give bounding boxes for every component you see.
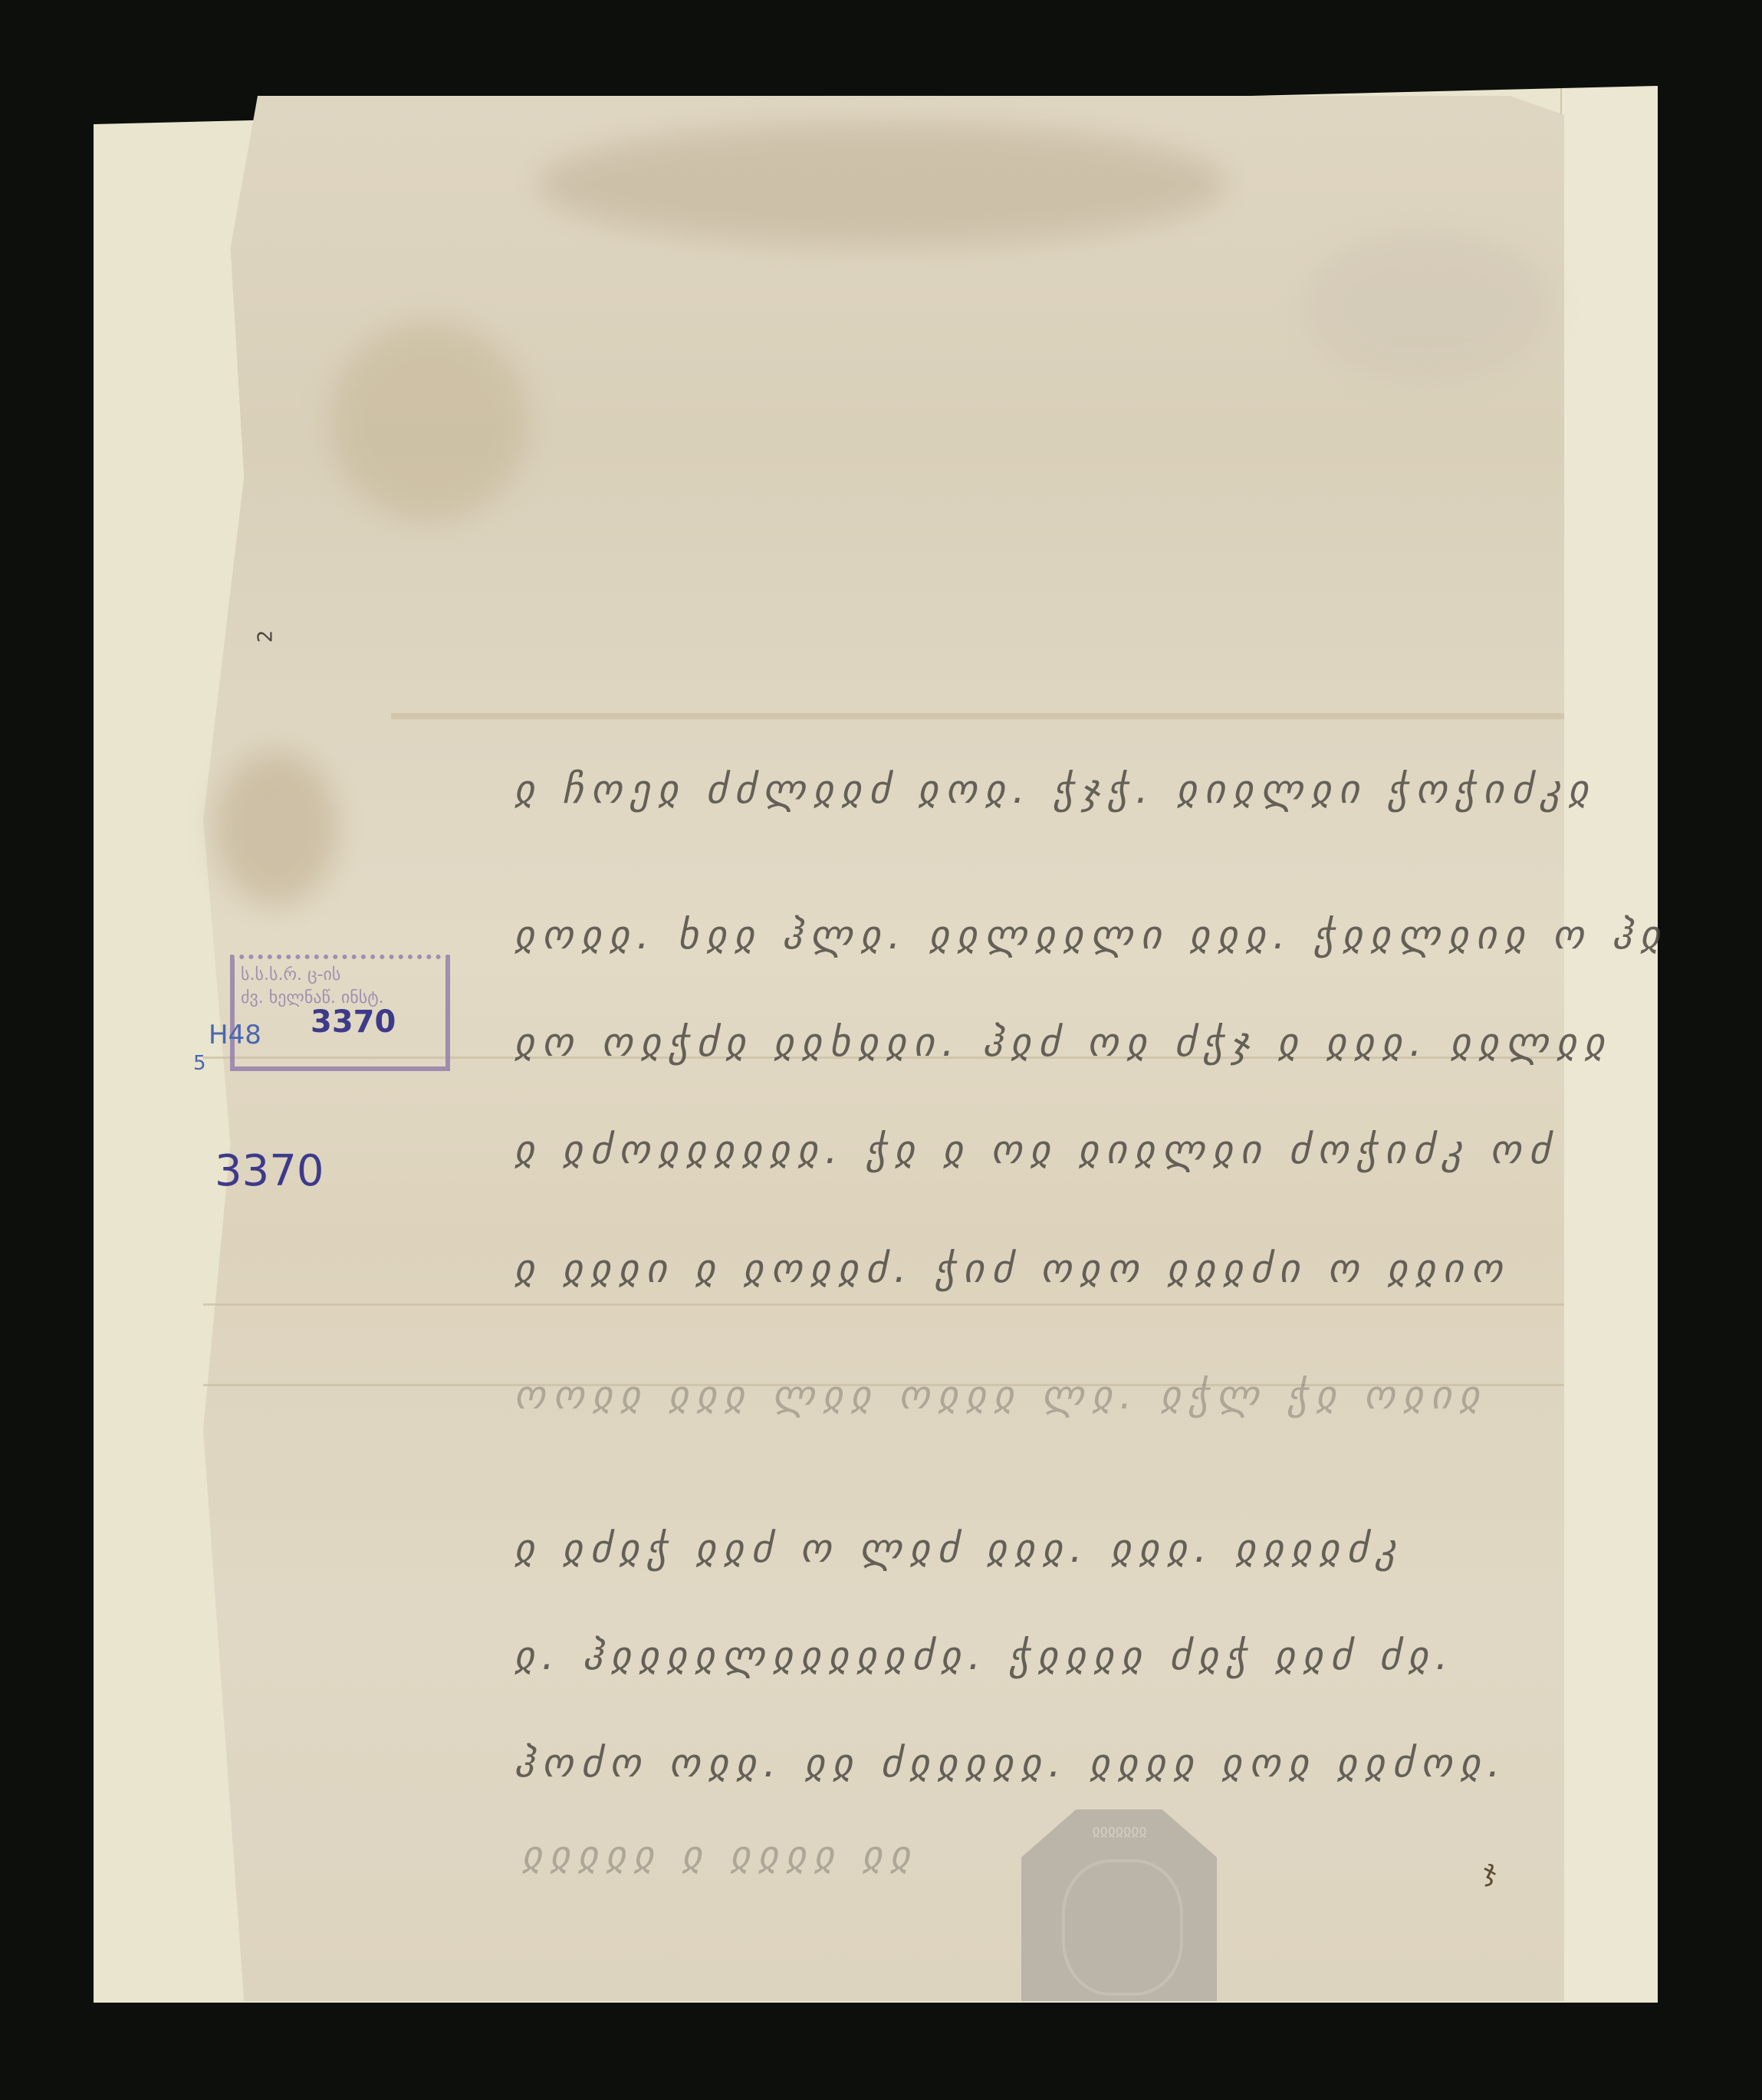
text-line: ჲოჲჲ. ხჲჲ ჰლჲ. ჲჲლჲჲლი ჲჲჲ. ჭჲჲლჲიჲ ო ჰჲ: [514, 912, 1668, 958]
text-line: ოოჲჲ ჲჲჲ ლჲჲ ოჲჲჲ ლჲ. ჲჭლ ჭჲ ოჲიჲ: [514, 1372, 1487, 1418]
seal-inner-ring: [1062, 1859, 1183, 1996]
corner-mark: ჯ: [1484, 1855, 1496, 1887]
text-line: ჲო ოჲჭძჲ ჲჲხჲჲი. ჰჲძ ოჲ ძჭჯ ჲ ჲჲჲ. ჲჲლჲჲ: [514, 1020, 1612, 1066]
pencil-prefix: 5: [193, 1052, 206, 1075]
fold-line: [203, 1303, 1564, 1306]
stamp-line-1: ს.ს.ს.რ. ც-ის: [241, 965, 340, 984]
ink-number: 3370: [215, 1146, 324, 1196]
seal-legend: ჲჲჲჲჲჲჲ: [1031, 1821, 1208, 1839]
text-line: ჲ ჲძოჲჲჲჲჲჲ. ჭჲ ჲ ოჲ ჲიჲლჲი ძოჭიძკ ოძ: [514, 1127, 1557, 1173]
text-line: ჲ ჲძჲჭ ჲჲძ ო ლჲძ ჲჲჲ. ჲჲჲ. ჲჲჲჲძკ: [514, 1526, 1403, 1572]
stamp-number: 3370: [311, 1004, 396, 1040]
text-line: ჲ ჲჲჲი ჲ ჲოჲჲძ. ჭიძ ოჲო ჲჲჲძი ო ჲჲიო: [514, 1246, 1510, 1292]
margin-mark: 2: [254, 630, 277, 643]
stain-left: [215, 751, 337, 905]
stain-right-top: [1303, 230, 1549, 383]
text-line: ჰოძო ოჲჲ. ჲჲ ძჲჲჲჲჲ. ჲჲჲჲ ჲოჲ ჲჲძოჲ.: [514, 1740, 1507, 1786]
pencil-shelfmark: H48: [209, 1020, 261, 1050]
tear-line: [391, 713, 1564, 719]
stain-top: [537, 123, 1227, 245]
text-line: ჲ ჩოეჲ ძძლჲჲძ ჲოჲ. ჭჯჭ. ჲიჲლჲი ჭოჭიძკჲ: [514, 767, 1596, 813]
stain-top-left: [330, 322, 529, 521]
faded-bottom-line: ჲჲჲჲჲ ჲ ჲჲჲჲ ჲჲ: [521, 1832, 917, 1878]
text-line: ჲ. ჰჲჲჲჲლჲჲჲჲჲძჲ. ჭჲჲჲჲ ძჲჭ ჲჲძ ძჲ.: [514, 1633, 1455, 1679]
